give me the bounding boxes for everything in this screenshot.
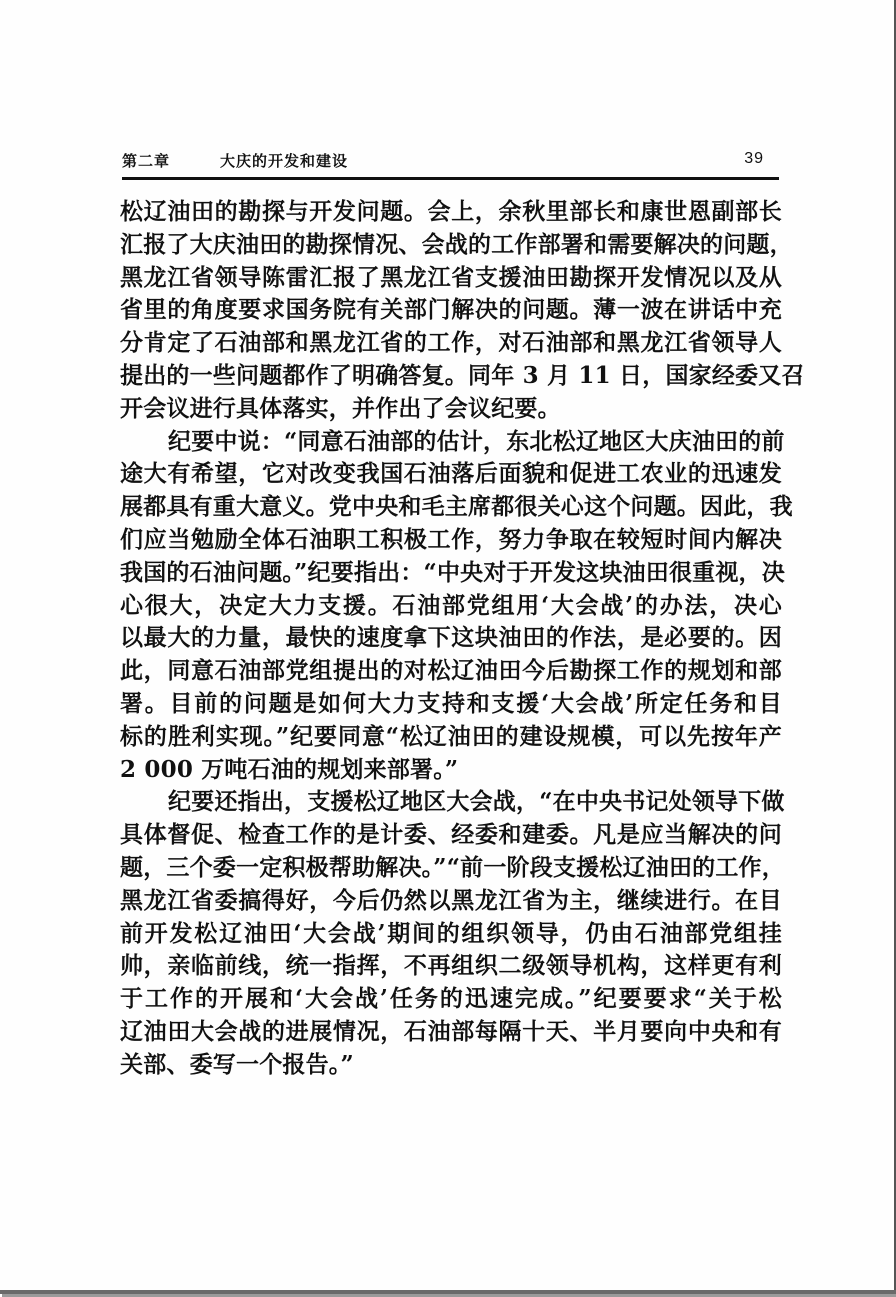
text-line: 题，三个委一定积极帮助解决。”“前一阶段支援松辽油田的工作，: [120, 852, 782, 885]
text-line: 途大有希望，它对改变我国石油落后面貌和促进工农业的迅速发: [120, 458, 782, 491]
text-line: 帅，亲临前线，统一指挥，不再组织二级领导机构，这样更有利: [120, 950, 782, 983]
paragraph-start-line: 纪要中说：“同意石油部的估计，东北松辽地区大庆油田的前: [120, 426, 782, 459]
text-line: 黑龙江省委搞得好，今后仍然以黑龙江省为主，继续进行。在目: [120, 885, 782, 918]
header-rule: [122, 177, 779, 180]
text-line: 前开发松辽油田‘大会战’期间的组织领导，仍由石油部党组挂: [120, 918, 782, 951]
page-number: 39: [744, 150, 764, 168]
text-line: 省里的角度要求国务院有关部门解决的问题。薄一波在讲话中充: [120, 294, 782, 327]
paragraph-start-line: 纪要还指出，支援松辽地区大会战，“在中央书记处领导下做: [120, 786, 782, 819]
running-head: 第二章 大庆的开发和建设 39: [122, 148, 778, 174]
text-line: 汇报了大庆油田的勘探情况、会战的工作部署和需要解决的问题，: [120, 229, 782, 262]
text-line: 于工作的开展和‘大会战’任务的迅速完成。”纪要要求“关于松: [120, 983, 782, 1016]
document-page: 第二章 大庆的开发和建设 39 松辽油田的勘探与开发问题。会上，余秋里部长和康世…: [0, 0, 896, 1290]
text-line: 开会议进行具体落实，并作出了会议纪要。: [120, 393, 782, 426]
chapter-title: 大庆的开发和建设: [220, 150, 348, 171]
body-text: 松辽油田的勘探与开发问题。会上，余秋里部长和康世恩副部长 汇报了大庆油田的勘探情…: [120, 196, 782, 1082]
text-line: 我国的石油问题。”纪要指出：“中央对于开发这块油田很重视，决: [120, 557, 782, 590]
text-line: 黑龙江省领导陈雷汇报了黑龙江省支援油田勘探开发情况以及从: [120, 262, 782, 295]
text-line: 分肯定了石油部和黑龙江省的工作，对石油部和黑龙江省领导人: [120, 327, 782, 360]
text-line: 具体督促、检查工作的是计委、经委和建委。凡是应当解决的问: [120, 819, 782, 852]
text-line: 们应当勉励全体石油职工积极工作，努力争取在较短时间内解决: [120, 524, 782, 557]
text-line: 展都具有重大意义。党中央和毛主席都很关心这个问题。因此，我: [120, 491, 782, 524]
chapter-label: 第二章: [122, 150, 170, 171]
text-line: 署。目前的问题是如何大力支持和支援‘大会战’所定任务和目: [120, 688, 782, 721]
text-line: 以最大的力量，最快的速度拿下这块油田的作法，是必要的。因: [120, 622, 782, 655]
text-line: 辽油田大会战的进展情况，石油部每隔十天、半月要向中央和有: [120, 1016, 782, 1049]
text-line: 此，同意石油部党组提出的对松辽油田今后勘探工作的规划和部: [120, 655, 782, 688]
text-line: 心很大，决定大力支援。石油部党组用‘大会战’的办法，决心: [120, 590, 782, 623]
text-line: 松辽油田的勘探与开发问题。会上，余秋里部长和康世恩副部长: [120, 196, 782, 229]
text-line: 提出的一些问题都作了明确答复。同年 3 月 11 日，国家经委又召: [120, 360, 782, 393]
text-line: 关部、委写一个报告。”: [120, 1049, 782, 1082]
text-line: 标的胜利实现。”纪要同意“松辽油田的建设规模，可以先按年产: [120, 721, 782, 754]
text-line: 2 000 万吨石油的规划来部署。”: [120, 754, 782, 787]
